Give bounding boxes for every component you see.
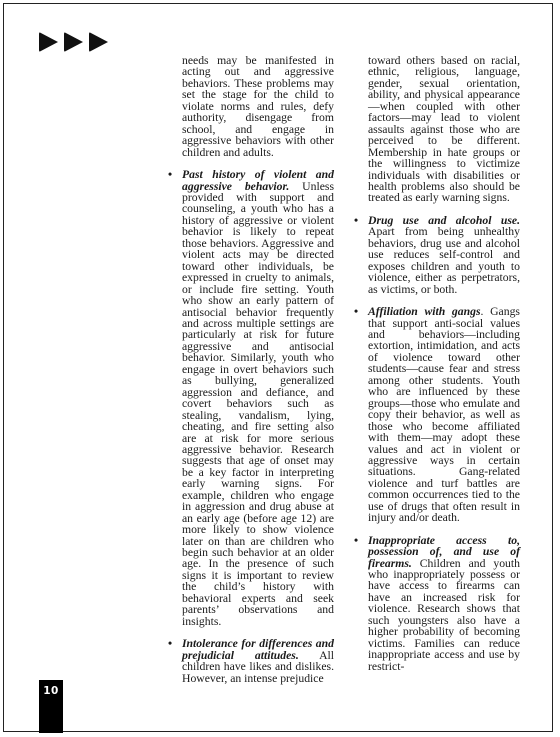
text-column-left: needs may be manifested in acting out an… xyxy=(182,55,334,684)
item-text: Apart from being unhealthy behaviors, dr… xyxy=(368,225,520,295)
arrow-icon xyxy=(64,32,83,52)
bullet-icon: • xyxy=(168,169,172,180)
item-text: . Gangs that support anti-social values … xyxy=(368,305,520,524)
bullet-icon: • xyxy=(354,535,358,546)
arrow-icon xyxy=(39,32,58,52)
item-text: Unless provided with support and counsel… xyxy=(182,180,334,628)
bullet-icon: • xyxy=(354,306,358,317)
triple-arrow-icon xyxy=(39,32,108,52)
list-item-gangs: • Affiliation with gangs. Gangs that sup… xyxy=(368,306,520,524)
text-column-right: toward others based on racial, ethnic, r… xyxy=(368,55,520,672)
list-item-past-history: • Past history of violent and aggressive… xyxy=(182,169,334,627)
list-item-firearms: • Inappropriate access to, possession of… xyxy=(368,535,520,672)
page-number: 10 xyxy=(39,680,63,733)
bullet-icon: • xyxy=(354,215,358,226)
bullet-icon: • xyxy=(168,638,172,649)
list-item-drug-alcohol: • Drug use and alcohol use. Apart from b… xyxy=(368,215,520,295)
paragraph-continuation: needs may be manifested in acting out an… xyxy=(182,55,334,158)
item-text: Children and youth who inappropriately p… xyxy=(368,557,520,673)
arrow-icon xyxy=(89,32,108,52)
paragraph-continuation: toward others based on racial, ethnic, r… xyxy=(368,55,520,204)
list-item-intolerance: • Intolerance for differences and prejud… xyxy=(182,638,334,684)
